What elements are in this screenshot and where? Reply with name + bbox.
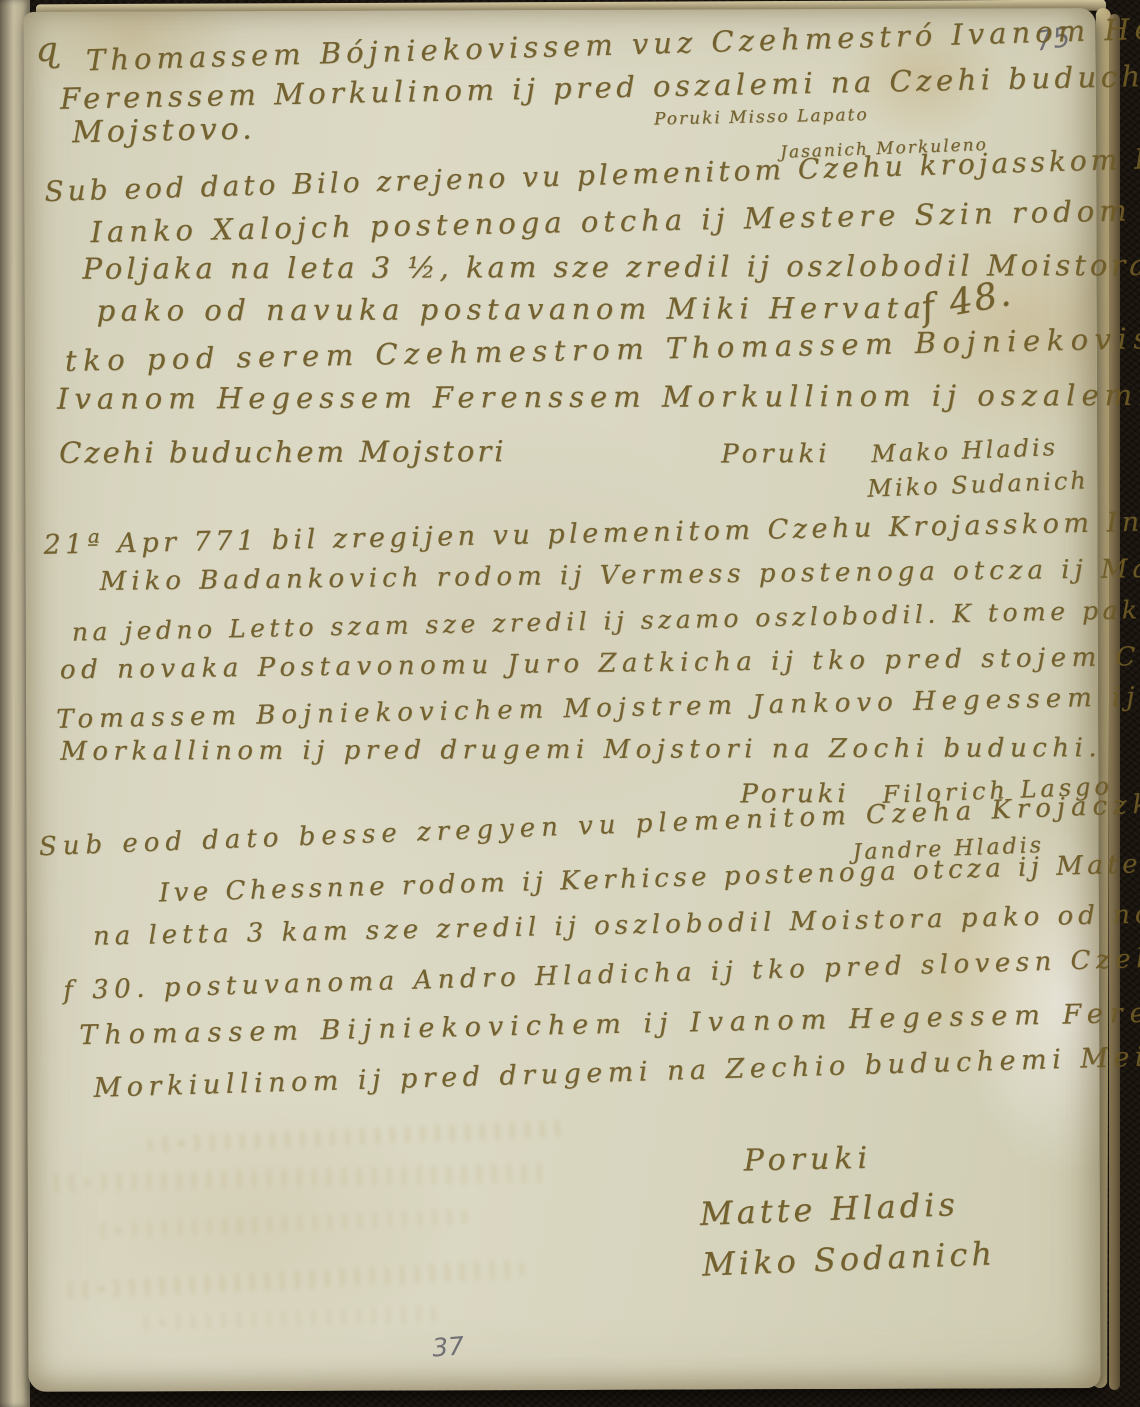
manuscript-line: na jedno Letto szam sze zredil ij szamo … xyxy=(72,591,1140,646)
manuscript-line: Miko Badankovich rodom ij Vermess posten… xyxy=(99,552,1140,597)
manuscript-line: Thomassem Bijniekovichem ij Ivanom Heges… xyxy=(79,995,1140,1051)
ink-bleedthrough xyxy=(138,1307,438,1331)
manuscript-line: Czehi buduchem Mojstori xyxy=(59,434,506,470)
ink-bleedthrough xyxy=(48,1164,548,1192)
surety-signature: Matte Hladis xyxy=(699,1185,959,1233)
manuscript-page: 75 37 ɋ Thomassem Bójniekovissem vuz Cze… xyxy=(24,8,1101,1392)
surety-signature: Miko Sodanich xyxy=(701,1234,996,1283)
surety-note: Poruki Misso Lapato xyxy=(654,105,869,129)
manuscript-line: Tomassem Bojniekovichem Mojstrem Jankovo… xyxy=(56,678,1140,735)
manuscript-line: Morkallinom ij pred drugemi Mojstori na … xyxy=(60,733,1102,767)
ink-bleedthrough xyxy=(64,1260,524,1300)
manuscript-line: tko pod serem Czehmestrom Thomassem Bojn… xyxy=(65,319,1140,377)
book-photograph: 75 37 ɋ Thomassem Bójniekovissem vuz Cze… xyxy=(0,0,1140,1407)
manuscript-line: pako od navuka postavanom Miki Hervata xyxy=(97,291,927,328)
ink-bleedthrough xyxy=(88,1209,468,1240)
ink-bleedthrough xyxy=(147,1121,567,1153)
manuscript-line: Mojstovo. xyxy=(72,111,256,150)
manuscript-line: Morkiullinom ij pred drugemi na Zechio b… xyxy=(93,1038,1140,1103)
manuscript-line: Ivanom Hegessem Ferenssem Morkullinom ij… xyxy=(57,378,1140,416)
manuscript-line: od novaka Postavonomu Juro Zatkicha ij t… xyxy=(60,640,1140,686)
surety-signature: Miko Sudanich xyxy=(867,466,1089,502)
manuscript-line: Ive Chessnne rodom ij Kerhicse postenoga… xyxy=(158,844,1140,908)
page-number-pencil: 37 xyxy=(431,1331,465,1362)
surety-heading: Poruki xyxy=(743,1141,872,1179)
manuscript-line: 21ª Apr 771 bil zregijen vu plemenitom C… xyxy=(43,506,1140,561)
ink-flourish: ɋ xyxy=(36,30,58,70)
surety-signature: Mako Hladis xyxy=(871,433,1059,468)
manuscript-line: f 30. postuvanoma Andro Hladicha ij tko … xyxy=(63,939,1140,1006)
surety-heading: Poruki xyxy=(721,439,830,469)
